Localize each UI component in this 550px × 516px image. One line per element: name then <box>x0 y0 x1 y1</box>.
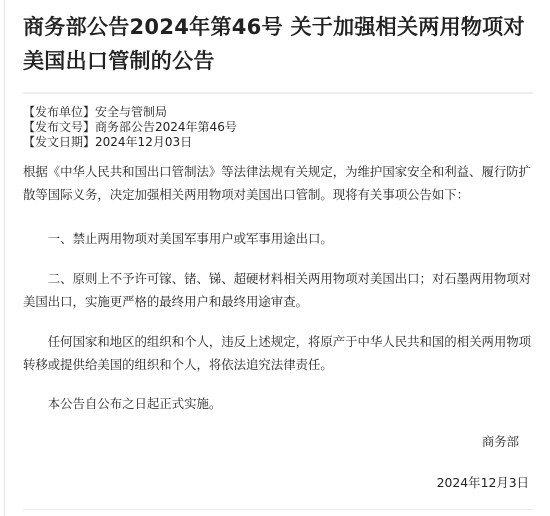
left-border-rule <box>4 0 5 516</box>
paragraph-item-1: 一、禁止两用物项对美国军事用户或军事用途出口。 <box>23 227 533 250</box>
meta-label: 【发文日期】 <box>23 135 95 149</box>
meta-issue-date: 【发文日期】2024年12月03日 <box>23 135 533 150</box>
meta-value: 2024年12月03日 <box>95 135 192 149</box>
announcement-metadata: 【发布单位】安全与管制局 【发布文号】商务部公告2024年第46号 【发文日期】… <box>23 105 533 150</box>
meta-document-number: 【发布文号】商务部公告2024年第46号 <box>23 120 533 135</box>
meta-value: 商务部公告2024年第46号 <box>95 120 237 134</box>
meta-issuing-unit: 【发布单位】安全与管制局 <box>23 105 533 120</box>
paragraph-effective: 本公告自公布之日起正式实施。 <box>23 392 533 415</box>
paragraph-liability: 任何国家和地区的组织和个人，违反上述规定，将原产于中华人民共和国的相关两用物项转… <box>23 330 533 376</box>
signature-date: 2024年12月3日 <box>23 471 529 494</box>
meta-value: 安全与管制局 <box>95 105 167 119</box>
announcement-article: 商务部公告2024年第46号 关于加强相关两用物项对美国出口管制的公告 【发布单… <box>23 0 533 494</box>
paragraph-item-2: 二、原则上不予许可镓、锗、锑、超硬材料相关两用物项对美国出口；对石墨两用物项对美… <box>23 267 533 313</box>
meta-label: 【发布文号】 <box>23 120 95 134</box>
signature-block: 商务部 2024年12月3日 <box>23 430 533 494</box>
title-divider <box>23 92 533 94</box>
page-title: 商务部公告2024年第46号 关于加强相关两用物项对美国出口管制的公告 <box>23 0 533 78</box>
announcement-body: 根据《中华人民共和国出口管制法》等法律法规有关规定，为维护国家安全和利益、履行防… <box>23 160 533 415</box>
meta-label: 【发布单位】 <box>23 105 95 119</box>
paragraph-intro: 根据《中华人民共和国出口管制法》等法律法规有关规定，为维护国家安全和利益、履行防… <box>23 160 533 206</box>
bottom-divider <box>23 509 533 510</box>
signature-organization: 商务部 <box>23 430 529 453</box>
